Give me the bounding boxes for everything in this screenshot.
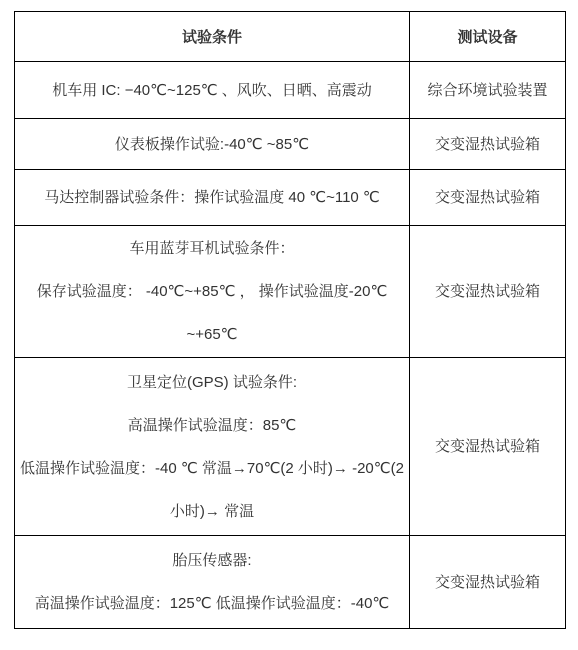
conditions-cell: 马达控制器试验条件：操作试验温度 40 ℃~110 ℃ — [15, 170, 410, 226]
equipment-value: 交变湿热试验箱 — [414, 425, 561, 468]
condition-line: 低温操作试验温度：-40 ℃ 常温→70℃(2 小时)→ -20℃(2 — [19, 447, 405, 490]
equipment-value: 交变湿热试验箱 — [414, 270, 561, 313]
condition-line: 车用蓝芽耳机试验条件： — [19, 227, 405, 270]
table-row: 仪表板操作试验:-40℃ ~85℃ 交变湿热试验箱 — [15, 119, 566, 170]
condition-line: 马达控制器试验条件：操作试验温度 40 ℃~110 ℃ — [19, 176, 405, 219]
condition-line: ~+65℃ — [19, 313, 405, 356]
condition-line: 高温操作试验温度：85℃ — [19, 404, 405, 447]
conditions-cell: 机车用 IC: −40℃~125℃ 、风吹、日晒、高震动 — [15, 62, 410, 119]
table-row: 机车用 IC: −40℃~125℃ 、风吹、日晒、高震动 综合环境试验装置 — [15, 62, 566, 119]
equipment-column-header: 测试设备 — [410, 12, 566, 62]
table-row: 车用蓝芽耳机试验条件： 保存试验温度： -40℃~+85℃ ， 操作试验温度-2… — [15, 226, 566, 358]
condition-line: 小时)→ 常温 — [19, 490, 405, 533]
condition-line: 仪表板操作试验:-40℃ ~85℃ — [19, 123, 405, 166]
equipment-value: 交变湿热试验箱 — [414, 123, 561, 166]
table-row: 胎压传感器: 高温操作试验温度：125℃ 低温操作试验温度：-40℃ 交变湿热试… — [15, 536, 566, 629]
table-row: 马达控制器试验条件：操作试验温度 40 ℃~110 ℃ 交变湿热试验箱 — [15, 170, 566, 226]
conditions-cell: 卫星定位(GPS) 试验条件: 高温操作试验温度：85℃ 低温操作试验温度：-4… — [15, 358, 410, 536]
equipment-cell: 交变湿热试验箱 — [410, 358, 566, 536]
table-row: 卫星定位(GPS) 试验条件: 高温操作试验温度：85℃ 低温操作试验温度：-4… — [15, 358, 566, 536]
condition-line: 卫星定位(GPS) 试验条件: — [19, 361, 405, 404]
test-conditions-table: 试验条件 测试设备 机车用 IC: −40℃~125℃ 、风吹、日晒、高震动 综… — [14, 11, 566, 629]
conditions-column-header: 试验条件 — [15, 12, 410, 62]
page-body: 试验条件 测试设备 机车用 IC: −40℃~125℃ 、风吹、日晒、高震动 综… — [0, 0, 578, 629]
equipment-value: 交变湿热试验箱 — [414, 561, 561, 604]
conditions-cell: 胎压传感器: 高温操作试验温度：125℃ 低温操作试验温度：-40℃ — [15, 536, 410, 629]
condition-line: 高温操作试验温度：125℃ 低温操作试验温度：-40℃ — [19, 582, 405, 625]
equipment-value: 综合环境试验装置 — [414, 69, 561, 112]
condition-line: 机车用 IC: −40℃~125℃ 、风吹、日晒、高震动 — [19, 69, 405, 112]
equipment-cell: 交变湿热试验箱 — [410, 536, 566, 629]
equipment-cell: 交变湿热试验箱 — [410, 119, 566, 170]
equipment-cell: 交变湿热试验箱 — [410, 226, 566, 358]
header-row: 试验条件 测试设备 — [15, 12, 566, 62]
equipment-value: 交变湿热试验箱 — [414, 176, 561, 219]
conditions-cell: 仪表板操作试验:-40℃ ~85℃ — [15, 119, 410, 170]
condition-line: 胎压传感器: — [19, 539, 405, 582]
conditions-cell: 车用蓝芽耳机试验条件： 保存试验温度： -40℃~+85℃ ， 操作试验温度-2… — [15, 226, 410, 358]
equipment-cell: 综合环境试验装置 — [410, 62, 566, 119]
equipment-cell: 交变湿热试验箱 — [410, 170, 566, 226]
condition-line: 保存试验温度： -40℃~+85℃ ， 操作试验温度-20℃ — [19, 270, 405, 313]
